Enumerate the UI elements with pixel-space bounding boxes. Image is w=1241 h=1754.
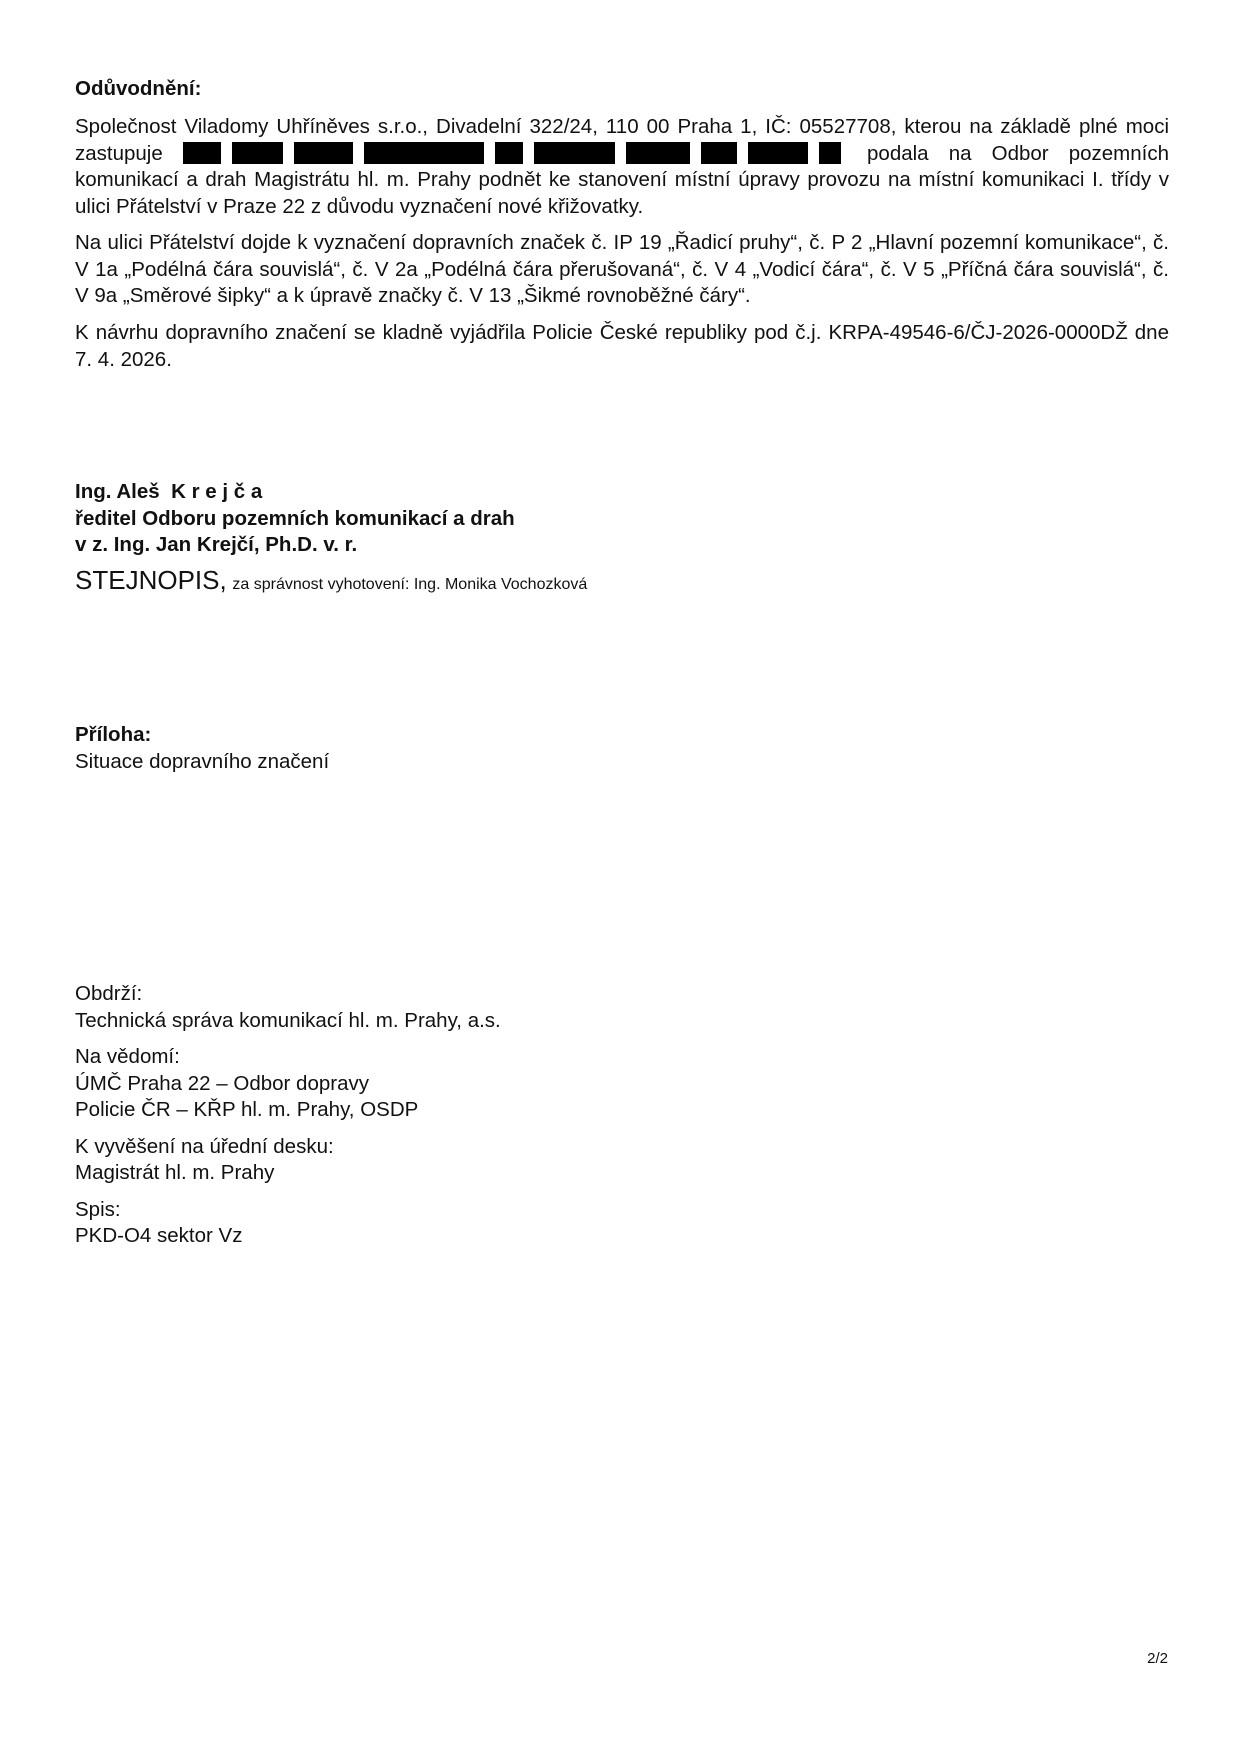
signatory-position: ředitel Odboru pozemních komunikací a dr… [75, 506, 1169, 533]
signatory-deputy: v z. Ing. Jan Krejčí, Ph.D. v. r. [75, 532, 1169, 559]
justification-paragraph-3: K návrhu dopravního značení se kladně vy… [75, 320, 1169, 373]
notice-item: Policie ČR – KŘP hl. m. Prahy, OSDP [75, 1097, 1169, 1124]
distribution-section: Obdrží: Technická správa komunikací hl. … [75, 981, 1169, 1250]
attachment-section: Příloha: Situace dopravního značení [75, 722, 1169, 775]
notice-heading: Na vědomí: [75, 1044, 1169, 1071]
receives-item: Technická správa komunikací hl. m. Prahy… [75, 1008, 1169, 1035]
file-item: PKD-O4 sektor Vz [75, 1223, 1169, 1250]
file-heading: Spis: [75, 1197, 1169, 1224]
receives-heading: Obdrží: [75, 981, 1169, 1008]
justification-paragraph-1: Společnost Viladomy Uhříněves s.r.o., Di… [75, 114, 1169, 220]
copy-note: za správnost vyhotovení: Ing. Monika Voc… [232, 576, 587, 593]
copy-label: STEJNOPIS, [75, 565, 227, 595]
notice-item: ÚMČ Praha 22 – Odbor dopravy [75, 1071, 1169, 1098]
page-number: 2/2 [1147, 1650, 1168, 1667]
justification-paragraph-2: Na ulici Přátelství dojde k vyznačení do… [75, 230, 1169, 310]
copy-certification: STEJNOPIS, za správnost vyhotovení: Ing.… [75, 567, 1169, 599]
redacted-text [183, 142, 847, 165]
attachment-heading: Příloha: [75, 722, 1169, 749]
board-heading: K vyvěšení na úřední desku: [75, 1134, 1169, 1161]
justification-heading: Odůvodnění: [75, 76, 1169, 103]
attachment-item: Situace dopravního značení [75, 749, 1169, 776]
signatory-name: Ing. Aleš K r e j č a [75, 479, 1169, 506]
signature-block: Ing. Aleš K r e j č a ředitel Odboru poz… [75, 479, 1169, 598]
board-item: Magistrát hl. m. Prahy [75, 1160, 1169, 1187]
